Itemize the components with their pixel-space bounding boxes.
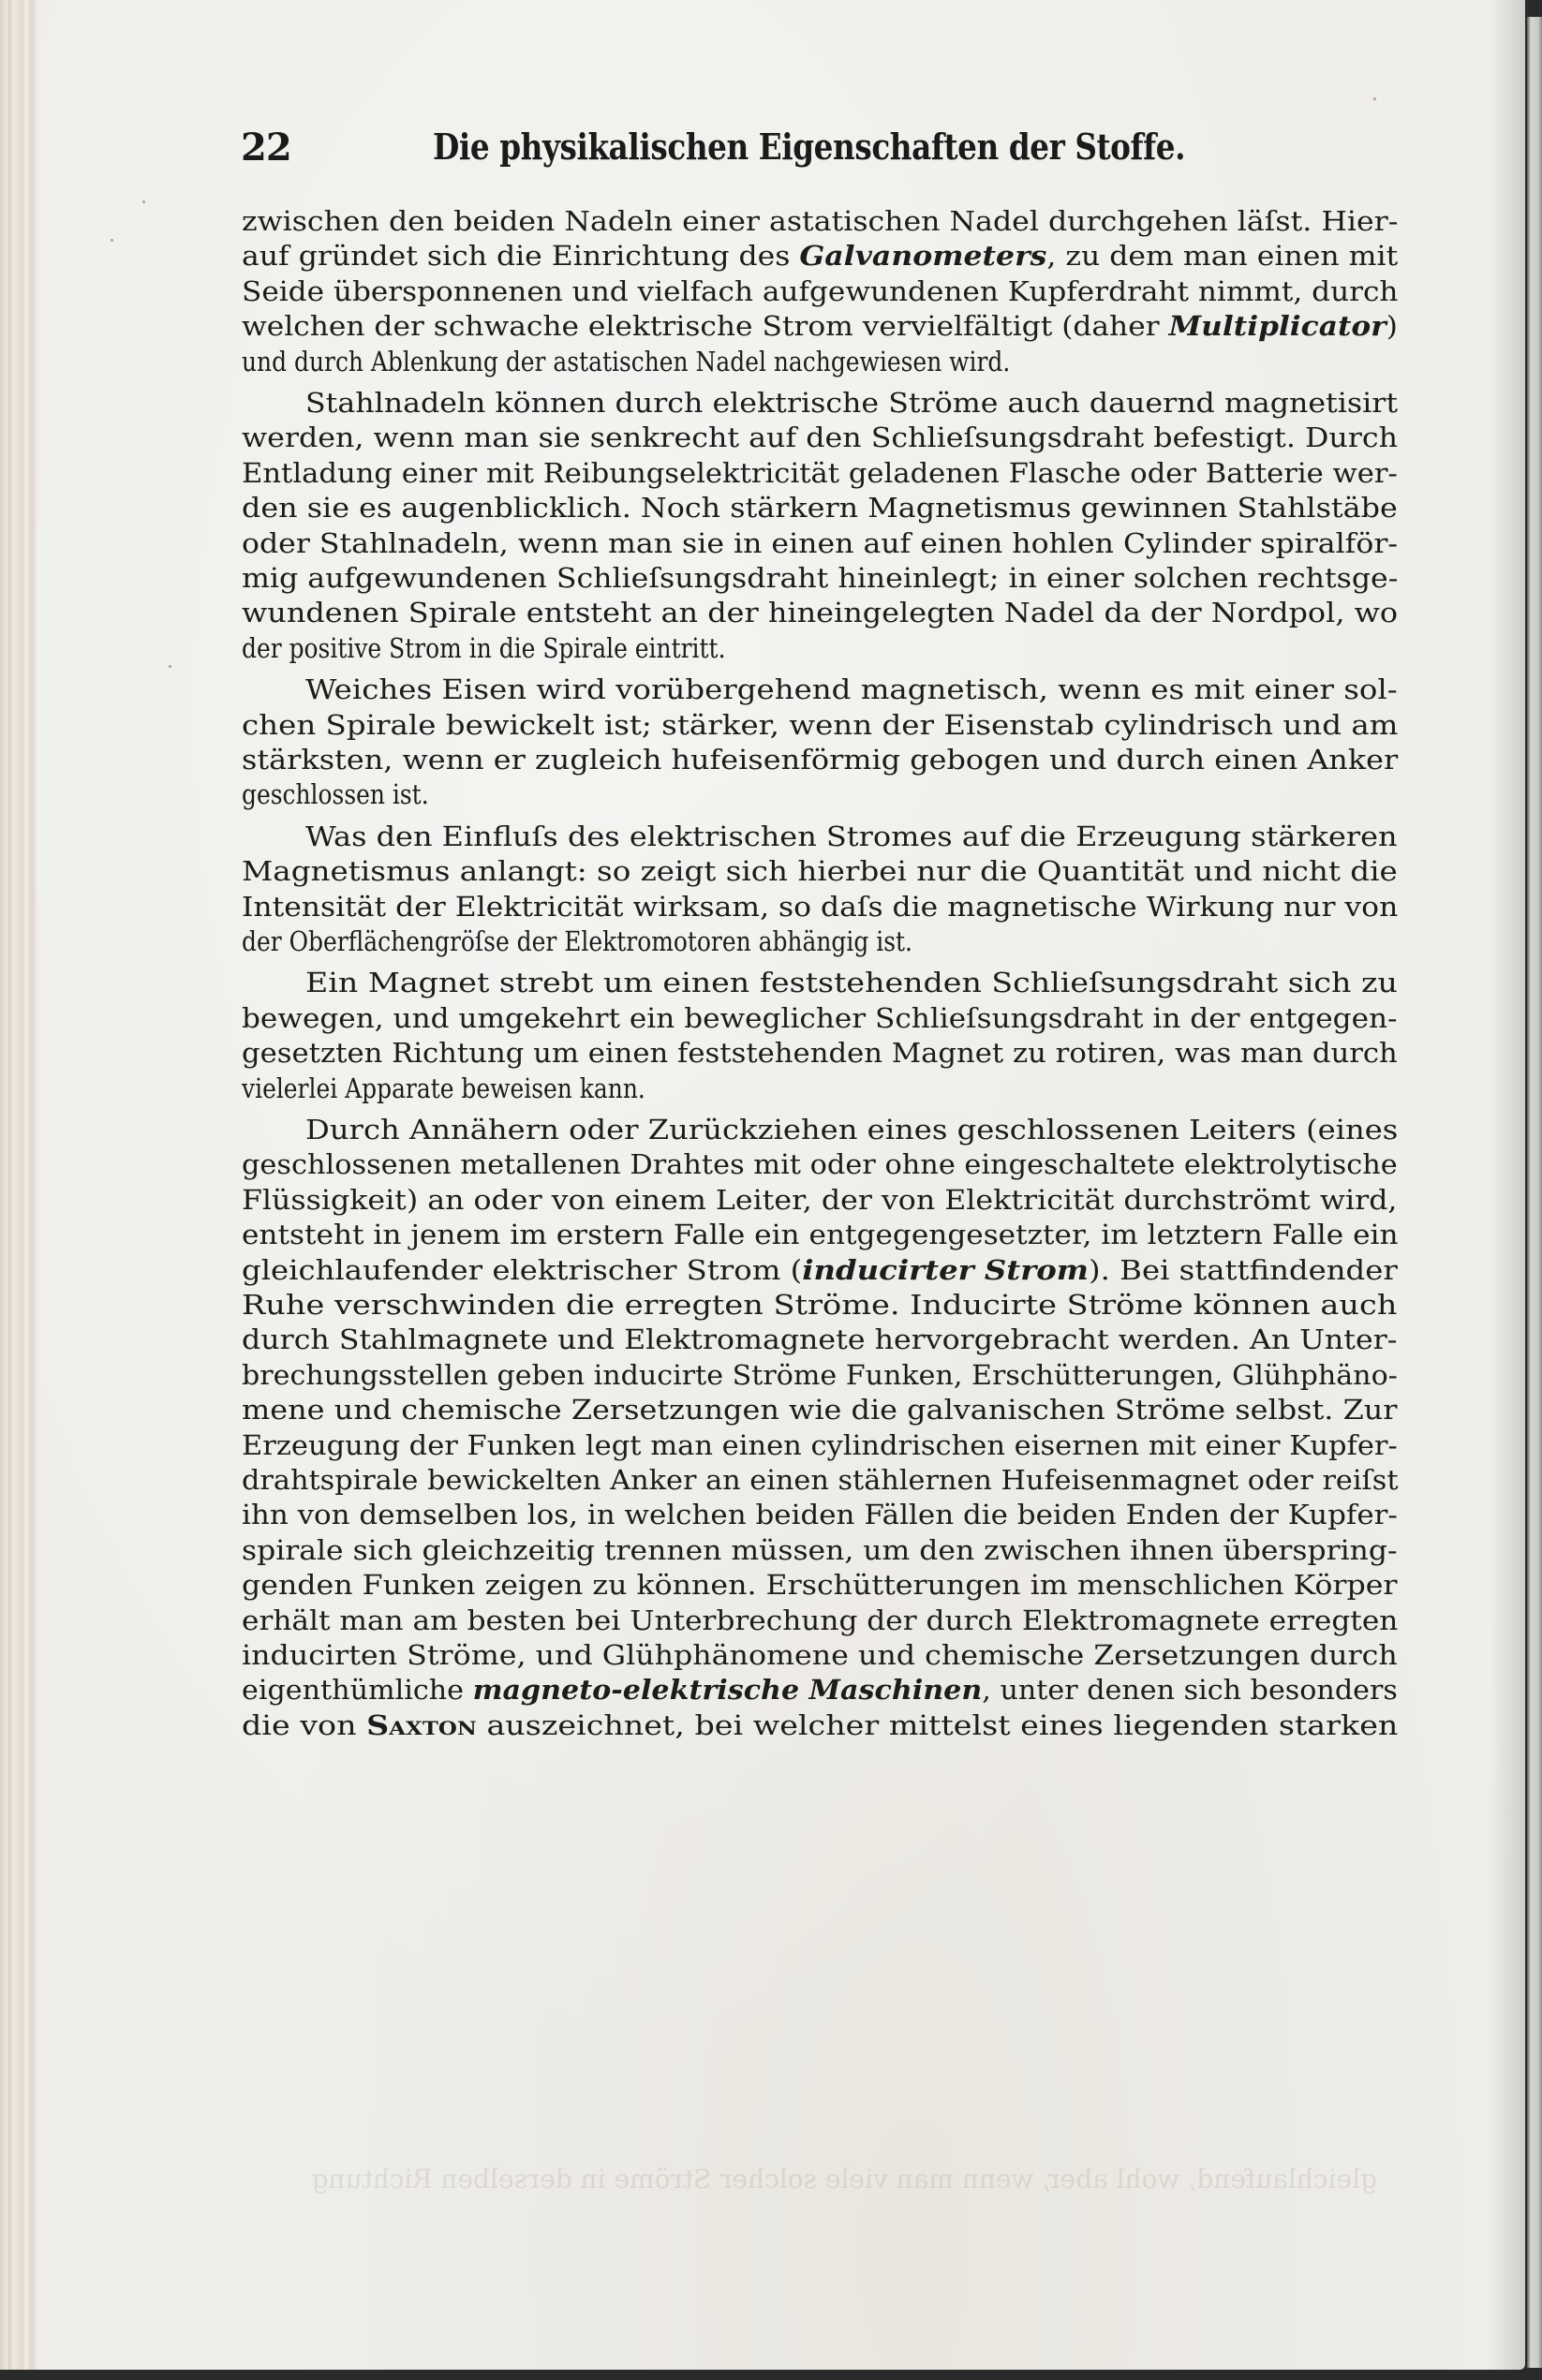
text-line: auf gründet sich die Einrichtung des Gal… [242, 239, 1398, 273]
text-line: ihn von demselben los, in welchen beiden… [242, 1498, 1398, 1532]
text-line: mig aufgewundenen Schlieſsungsdraht hine… [242, 561, 1398, 596]
page-gutter-shadow [1490, 0, 1525, 2370]
paper-fleck [142, 200, 145, 203]
text-line: mene und chemische Zersetzungen wie die … [242, 1393, 1398, 1427]
text-line: bewegen, und umgekehrt ein beweglicher S… [242, 1001, 1398, 1036]
text-line: Flüssigkeit) an oder von einem Leiter, d… [242, 1183, 1397, 1218]
emphasized-term: magneto-elektrische Maschinen [473, 1674, 983, 1706]
page-number: 22 [241, 126, 291, 170]
paper-fleck [1373, 97, 1376, 100]
text-line: gleichlaufender elektrischer Strom (indu… [242, 1253, 1398, 1288]
body-text: zwischen den beiden Nadeln einer astatis… [242, 204, 1398, 1743]
text-line: erhält man am besten bei Unterbrechung d… [242, 1604, 1398, 1638]
paper-fleck [169, 665, 171, 668]
text-line: der positive Strom in die Spirale eintri… [242, 631, 725, 666]
text-line: werden, wenn man sie senkrecht auf den S… [242, 421, 1398, 455]
next-page-edge [1527, 17, 1542, 2368]
text-line: Intensität der Elektricität wirksam, so … [242, 890, 1398, 924]
text-line: Magnetismus anlangt: so zeigt sich hierb… [242, 854, 1398, 889]
text-line: welchen der schwache elektrische Strom v… [242, 309, 1398, 344]
text-line: Was den Einfluſs des elektrischen Strome… [305, 820, 1398, 854]
text-line: die von Saxton auszeichnet, bei welcher … [242, 1708, 1398, 1743]
running-title: Die physikalischen Eigenschaften der Sto… [433, 126, 1185, 168]
page-binding-edge [0, 0, 37, 2370]
text-line: durch Stahlmagnete und Elektromagnete he… [242, 1323, 1397, 1357]
text-line: genden Funken zeigen zu können. Erschütt… [242, 1568, 1398, 1603]
text-line: Ruhe verschwinden die erregten Ströme. I… [242, 1288, 1397, 1323]
text-line: geschlossen ist. [242, 777, 429, 812]
text-line: Stahlnadeln können durch elektrische Str… [305, 386, 1398, 421]
text-line: Ein Magnet strebt um einen feststehenden… [305, 966, 1398, 1000]
text-line: und durch Ablenkung der astatischen Nade… [242, 345, 1010, 379]
page-header: 22 Die physikalischen Eigenschaften der … [241, 122, 1398, 178]
text-line: Entladung einer mit Reibungselektricität… [242, 456, 1398, 491]
text-line: Weiches Eisen wird vorübergehend magneti… [305, 673, 1398, 707]
text-line: chen Spirale bewickelt ist; stärker, wen… [242, 708, 1398, 743]
emphasized-term: inducirter Strom [802, 1254, 1089, 1286]
text-line: zwischen den beiden Nadeln einer astatis… [242, 204, 1398, 239]
show-through-text: gleichlaufend, wohl aber, wenn man viele… [253, 2164, 1377, 2195]
emphasized-term: Multiplicator [1169, 310, 1386, 342]
text-line: eigenthümliche magneto-elektrische Masch… [242, 1673, 1398, 1707]
text-line: Seide übersponnenen und vielfach aufgewu… [242, 274, 1398, 309]
text-line: wundenen Spirale entsteht an der hineing… [242, 596, 1398, 630]
text-line: entsteht in jenem im erstern Falle ein e… [242, 1218, 1399, 1252]
text-line: gesetzten Richtung um einen feststehende… [242, 1036, 1398, 1071]
name-small-caps: Saxton [366, 1709, 477, 1741]
text-line: der Oberflächengröſse der Elektromotoren… [242, 924, 912, 959]
text-line: stärksten, wenn er zugleich hufeisenförm… [242, 743, 1398, 777]
book-page: 22 Die physikalischen Eigenschaften der … [0, 0, 1525, 2370]
emphasized-term: Galvanometers [799, 240, 1046, 272]
text-line: oder Stahlnadeln, wenn man sie in einen … [242, 526, 1398, 561]
text-line: spirale sich gleichzeitig trennen müssen… [242, 1533, 1398, 1568]
paper-fleck [111, 239, 113, 242]
text-line: Erzeugung der Funken legt man einen cyli… [242, 1428, 1398, 1463]
text-line: inducirten Ströme, und Glühphänomene und… [242, 1638, 1398, 1673]
text-line: brechungsstellen geben inducirte Ströme … [242, 1358, 1398, 1393]
text-line: drahtspirale bewickelten Anker an einen … [242, 1463, 1399, 1498]
text-line: vielerlei Apparate beweisen kann. [242, 1072, 645, 1106]
text-line: den sie es augenblicklich. Noch stärkern… [242, 491, 1398, 525]
text-line: Durch Annähern oder Zurückziehen eines g… [305, 1113, 1398, 1147]
text-line: geschlossenen metallenen Drahtes mit ode… [242, 1147, 1398, 1182]
